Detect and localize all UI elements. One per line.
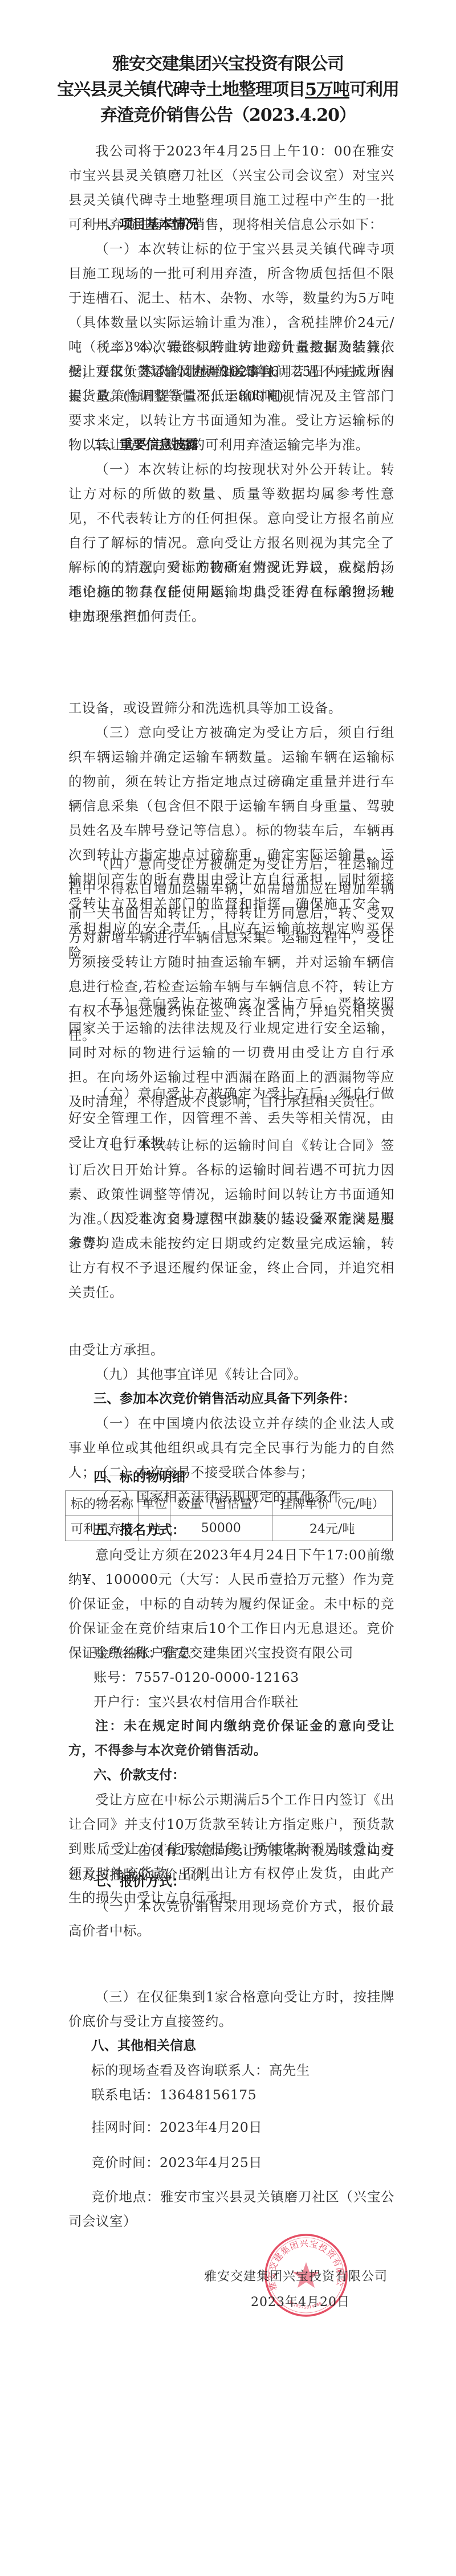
contact-person: 标的现场查看及咨询联系人：高先生 (91, 2058, 310, 2083)
account-name: 账户名称：雅安交建集团兴宝投资有限公司 (93, 1641, 353, 1665)
table-header-cell: 单位 (139, 1491, 170, 1516)
bank-name: 开户行：宝兴县农村信用合作联社 (93, 1690, 299, 1714)
contact-phone: 联系电话：13648156175 (91, 2083, 256, 2107)
table-header-cell: 标的物名称 (66, 1491, 139, 1516)
title-project: 宝兴县灵关镇代碑寺土地整理项目5万吨可利用 (0, 78, 456, 102)
posting-date: 挂网时间：2023年4月20日 (91, 2115, 262, 2140)
deposit-note: 注：未在规定时间内缴纳竞价保证金的意向受让方，不得参与本次竞价销售活动。 (68, 1714, 394, 1763)
title-subject: 弃渣竞价销售公告（2023.4.20） (0, 104, 456, 128)
bidding-location: 竞价地点：雅安市宝兴县灵关镇磨刀社区（兴宝公司会议室） (68, 2185, 394, 2234)
account-number: 账号：7557-0120-0000-12163 (93, 1665, 299, 1690)
table-header-cell: 挂牌单价（元/吨） (272, 1491, 392, 1516)
section-8-heading: 八、其他相关信息 (91, 2034, 196, 2058)
section-2-item-8-part-a: （八）本次交易过程中涉及的转、受双方交易服务费均 (68, 1206, 394, 1255)
section-7-item-3: （三）在仅征集到1家合格意向受让方时，按挂牌价底价与受让方直接签约。 (68, 1985, 394, 2034)
section-7-item-1: （一）本次竞价销售采用现场竞价方式，报价最高价者中标。 (68, 1894, 394, 1943)
table-cell-price: 24元/吨 (272, 1516, 392, 1541)
section-1-heading: 一、项目基本情况 (93, 212, 198, 237)
table-cell-quantity: 50000 (170, 1516, 272, 1541)
section-3-heading: 三、参加本次竞价销售活动应具备下列条件： (93, 1387, 356, 1411)
section-6-heading: 六、价款支付： (93, 1763, 185, 1788)
section-7-item-2: （二）在仅有1家意向受让方报名时视为该意向受让方按挂牌价底价出价。 (68, 1838, 394, 1887)
section-2-item-8-part-b: 由受让方承担。 (68, 1338, 394, 1362)
section-2-item-2-part-b: 工设备，或设置筛分和洗选机具等加工设备。 (68, 696, 394, 720)
title-project-post: 可利用 (349, 80, 399, 100)
section-5-heading: 五、报名方式： (93, 1518, 185, 1543)
title-project-pre: 宝兴县灵关镇代碑寺土地整理项目 (57, 80, 305, 100)
section-2-item-9: （九）其他事宜详见《转让合同》。 (68, 1362, 394, 1387)
signature-company: 雅安交建集团兴宝投资有限公司 (204, 2267, 388, 2284)
title-company: 雅安交建集团兴宝投资有限公司 (0, 52, 456, 76)
table-header-row: 标的物名称 单位 数量（暂估量） 挂牌单价（元/吨） (66, 1491, 393, 1516)
title-quantity-underlined: 5万吨 (305, 80, 349, 100)
signature-date: 2023年4月20日 (251, 2292, 350, 2310)
section-4-heading: 四、标的物明细 (93, 1465, 185, 1490)
section-2-heading: 二、重要信息披露 (93, 433, 198, 457)
table-header-cell: 数量（暂估量） (170, 1491, 272, 1516)
bidding-date: 竞价时间：2023年4月25日 (91, 2151, 262, 2175)
section-2-item-2-part-a: （二）意向受让方被确定为受让方后，在标的场地中施工工具仅能使用运输工具，不得在标… (68, 555, 394, 629)
